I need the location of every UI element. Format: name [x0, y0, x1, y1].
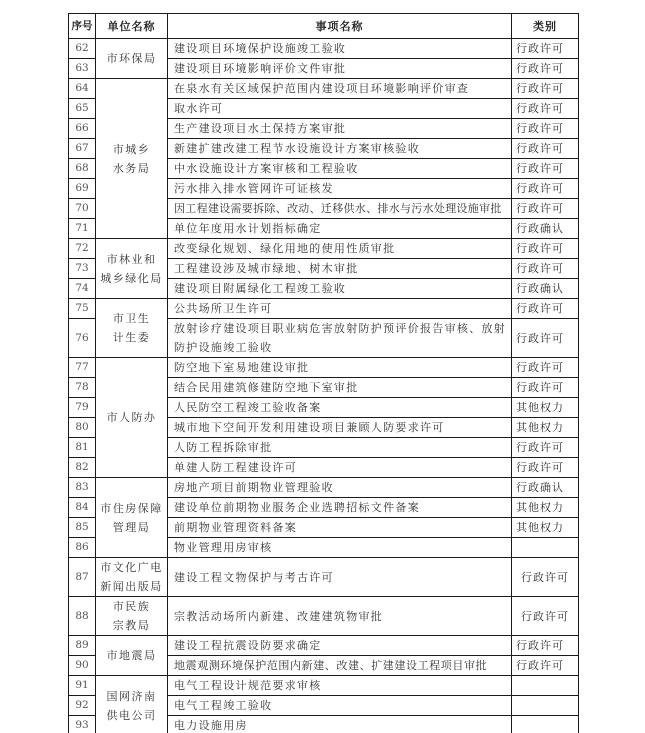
row-seq: 86	[69, 538, 96, 558]
table-row: 75 市卫生计生委 公共场所卫生许可 行政许可	[69, 299, 579, 319]
header-unit: 单位名称	[96, 14, 168, 39]
row-seq: 75	[69, 299, 96, 319]
row-item: 人防工程拆除审批	[168, 438, 512, 458]
unit-name: 市人防办	[96, 358, 168, 478]
unit-name: 市林业和城乡绿化局	[96, 239, 168, 299]
row-category: 行政许可	[512, 99, 579, 119]
row-item: 放射诊疗建设项目职业病危害放射防护预评价报告审核、放射防护设施竣工验收	[168, 319, 512, 358]
row-category: 行政许可	[512, 438, 579, 458]
row-category	[512, 676, 579, 696]
row-item: 污水排入排水管网许可证核发	[168, 179, 512, 199]
table-row: 72 市林业和城乡绿化局 改变绿化规划、绿化用地的使用性质审批 行政许可	[69, 239, 579, 259]
row-category: 行政许可	[512, 79, 579, 99]
row-item: 电气工程竣工验收	[168, 696, 512, 716]
table-row: 62 市环保局 建设项目环境保护设施竣工验收 行政许可	[69, 39, 579, 59]
row-category: 行政许可	[512, 636, 579, 656]
header-item: 事项名称	[168, 14, 512, 39]
row-seq: 88	[69, 597, 96, 636]
table-row: 87 市文化广电新闻出版局 建设工程文物保护与考古许可 行政许可	[69, 558, 579, 597]
row-seq: 64	[69, 79, 96, 99]
row-item: 房地产项目前期物业管理验收	[168, 478, 512, 498]
row-item: 在泉水有关区域保护范围内建设项目环境影响评价审查	[168, 79, 512, 99]
row-seq: 93	[69, 716, 96, 733]
row-seq: 82	[69, 458, 96, 478]
row-seq: 62	[69, 39, 96, 59]
table-row: 77 市人防办 防空地下室易地建设审批 行政许可	[69, 358, 579, 378]
row-seq: 69	[69, 179, 96, 199]
row-seq: 72	[69, 239, 96, 259]
row-seq: 70	[69, 199, 96, 219]
row-item: 建设项目环境保护设施竣工验收	[168, 39, 512, 59]
header-row: 序号 单位名称 事项名称 类别	[69, 14, 579, 39]
row-item: 中水设施设计方案审核和工程验收	[168, 159, 512, 179]
row-item: 单建人防工程建设许可	[168, 458, 512, 478]
row-item: 建设项目环境影响评价文件审批	[168, 59, 512, 79]
table-row: 88 市民族宗教局 宗教活动场所内新建、改建建筑物审批 行政许可	[69, 597, 579, 636]
unit-name: 市地震局	[96, 636, 168, 676]
row-category: 行政许可	[512, 358, 579, 378]
row-item: 人民防空工程竣工验收备案	[168, 398, 512, 418]
row-seq: 81	[69, 438, 96, 458]
row-category: 其他权力	[512, 518, 579, 538]
row-category	[512, 538, 579, 558]
row-seq: 87	[69, 558, 96, 597]
unit-name: 市城乡水务局	[96, 79, 168, 239]
row-category: 行政许可	[512, 378, 579, 398]
row-seq: 83	[69, 478, 96, 498]
row-item: 城市地下空间开发利用建设项目兼顾人防要求许可	[168, 418, 512, 438]
row-category: 行政许可	[512, 656, 579, 676]
row-seq: 76	[69, 319, 96, 358]
row-item: 电力设施用房	[168, 716, 512, 733]
row-category: 其他权力	[512, 398, 579, 418]
row-item: 建设工程文物保护与考古许可	[168, 558, 512, 597]
row-seq: 90	[69, 656, 96, 676]
unit-name: 市民族宗教局	[96, 597, 168, 636]
row-item: 宗教活动场所内新建、改建建筑物审批	[168, 597, 512, 636]
row-seq: 73	[69, 259, 96, 279]
row-category	[512, 716, 579, 733]
row-category: 行政许可	[512, 139, 579, 159]
row-item: 单位年度用水计划指标确定	[168, 219, 512, 239]
row-category: 行政许可	[512, 597, 579, 636]
table-row: 83 市住房保障管理局 房地产项目前期物业管理验收 行政确认	[69, 478, 579, 498]
row-item: 改变绿化规划、绿化用地的使用性质审批	[168, 239, 512, 259]
row-seq: 80	[69, 418, 96, 438]
row-category: 行政许可	[512, 179, 579, 199]
row-item: 结合民用建筑修建防空地下室审批	[168, 378, 512, 398]
unit-name: 国网济南供电公司	[96, 676, 168, 733]
table-row: 64 市城乡水务局 在泉水有关区域保护范围内建设项目环境影响评价审查 行政许可	[69, 79, 579, 99]
row-item: 因工程建设需要拆除、改动、迁移供水、排水与污水处理设施审批	[168, 199, 512, 219]
row-item: 取水许可	[168, 99, 512, 119]
row-category: 行政许可	[512, 558, 579, 597]
row-seq: 85	[69, 518, 96, 538]
row-category: 行政许可	[512, 299, 579, 319]
row-category: 行政许可	[512, 259, 579, 279]
row-category: 行政许可	[512, 239, 579, 259]
row-seq: 71	[69, 219, 96, 239]
row-seq: 68	[69, 159, 96, 179]
row-item: 生产建设项目水土保持方案审批	[168, 119, 512, 139]
row-item: 建设项目附属绿化工程竣工验收	[168, 279, 512, 299]
row-category: 行政许可	[512, 59, 579, 79]
row-item: 防空地下室易地建设审批	[168, 358, 512, 378]
unit-name: 市环保局	[96, 39, 168, 79]
table-row: 89 市地震局 建设工程抗震设防要求确定 行政许可	[69, 636, 579, 656]
row-item: 建设单位前期物业服务企业选聘招标文件备案	[168, 498, 512, 518]
row-item: 地震观测环境保护范围内新建、改建、扩建建设工程项目审批	[168, 656, 512, 676]
row-seq: 91	[69, 676, 96, 696]
row-seq: 89	[69, 636, 96, 656]
row-category: 行政确认	[512, 279, 579, 299]
row-seq: 78	[69, 378, 96, 398]
row-seq: 67	[69, 139, 96, 159]
row-item: 物业管理用房审核	[168, 538, 512, 558]
header-category: 类别	[512, 14, 579, 39]
row-item: 工程建设涉及城市绿地、树木审批	[168, 259, 512, 279]
table-row: 91 国网济南供电公司 电气工程设计规范要求审核	[69, 676, 579, 696]
row-seq: 79	[69, 398, 96, 418]
row-category: 行政许可	[512, 159, 579, 179]
unit-name: 市住房保障管理局	[96, 478, 168, 558]
row-seq: 84	[69, 498, 96, 518]
row-category: 行政许可	[512, 39, 579, 59]
row-category: 其他权力	[512, 418, 579, 438]
row-category: 行政确认	[512, 478, 579, 498]
row-category: 其他权力	[512, 498, 579, 518]
unit-name: 市文化广电新闻出版局	[96, 558, 168, 597]
matters-table: 序号 单位名称 事项名称 类别 62 市环保局 建设项目环境保护设施竣工验收 行…	[68, 13, 579, 733]
header-seq: 序号	[69, 14, 96, 39]
row-category: 行政许可	[512, 319, 579, 358]
unit-name: 市卫生计生委	[96, 299, 168, 358]
row-category: 行政许可	[512, 119, 579, 139]
row-category	[512, 696, 579, 716]
row-item: 建设工程抗震设防要求确定	[168, 636, 512, 656]
row-item: 电气工程设计规范要求审核	[168, 676, 512, 696]
row-category: 行政许可	[512, 458, 579, 478]
row-item: 新建扩建改建工程节水设施设计方案审核验收	[168, 139, 512, 159]
row-seq: 92	[69, 696, 96, 716]
row-item: 公共场所卫生许可	[168, 299, 512, 319]
row-seq: 65	[69, 99, 96, 119]
row-category: 行政确认	[512, 219, 579, 239]
row-seq: 63	[69, 59, 96, 79]
row-seq: 77	[69, 358, 96, 378]
row-seq: 66	[69, 119, 96, 139]
row-seq: 74	[69, 279, 96, 299]
row-item: 前期物业管理资料备案	[168, 518, 512, 538]
row-category: 行政许可	[512, 199, 579, 219]
